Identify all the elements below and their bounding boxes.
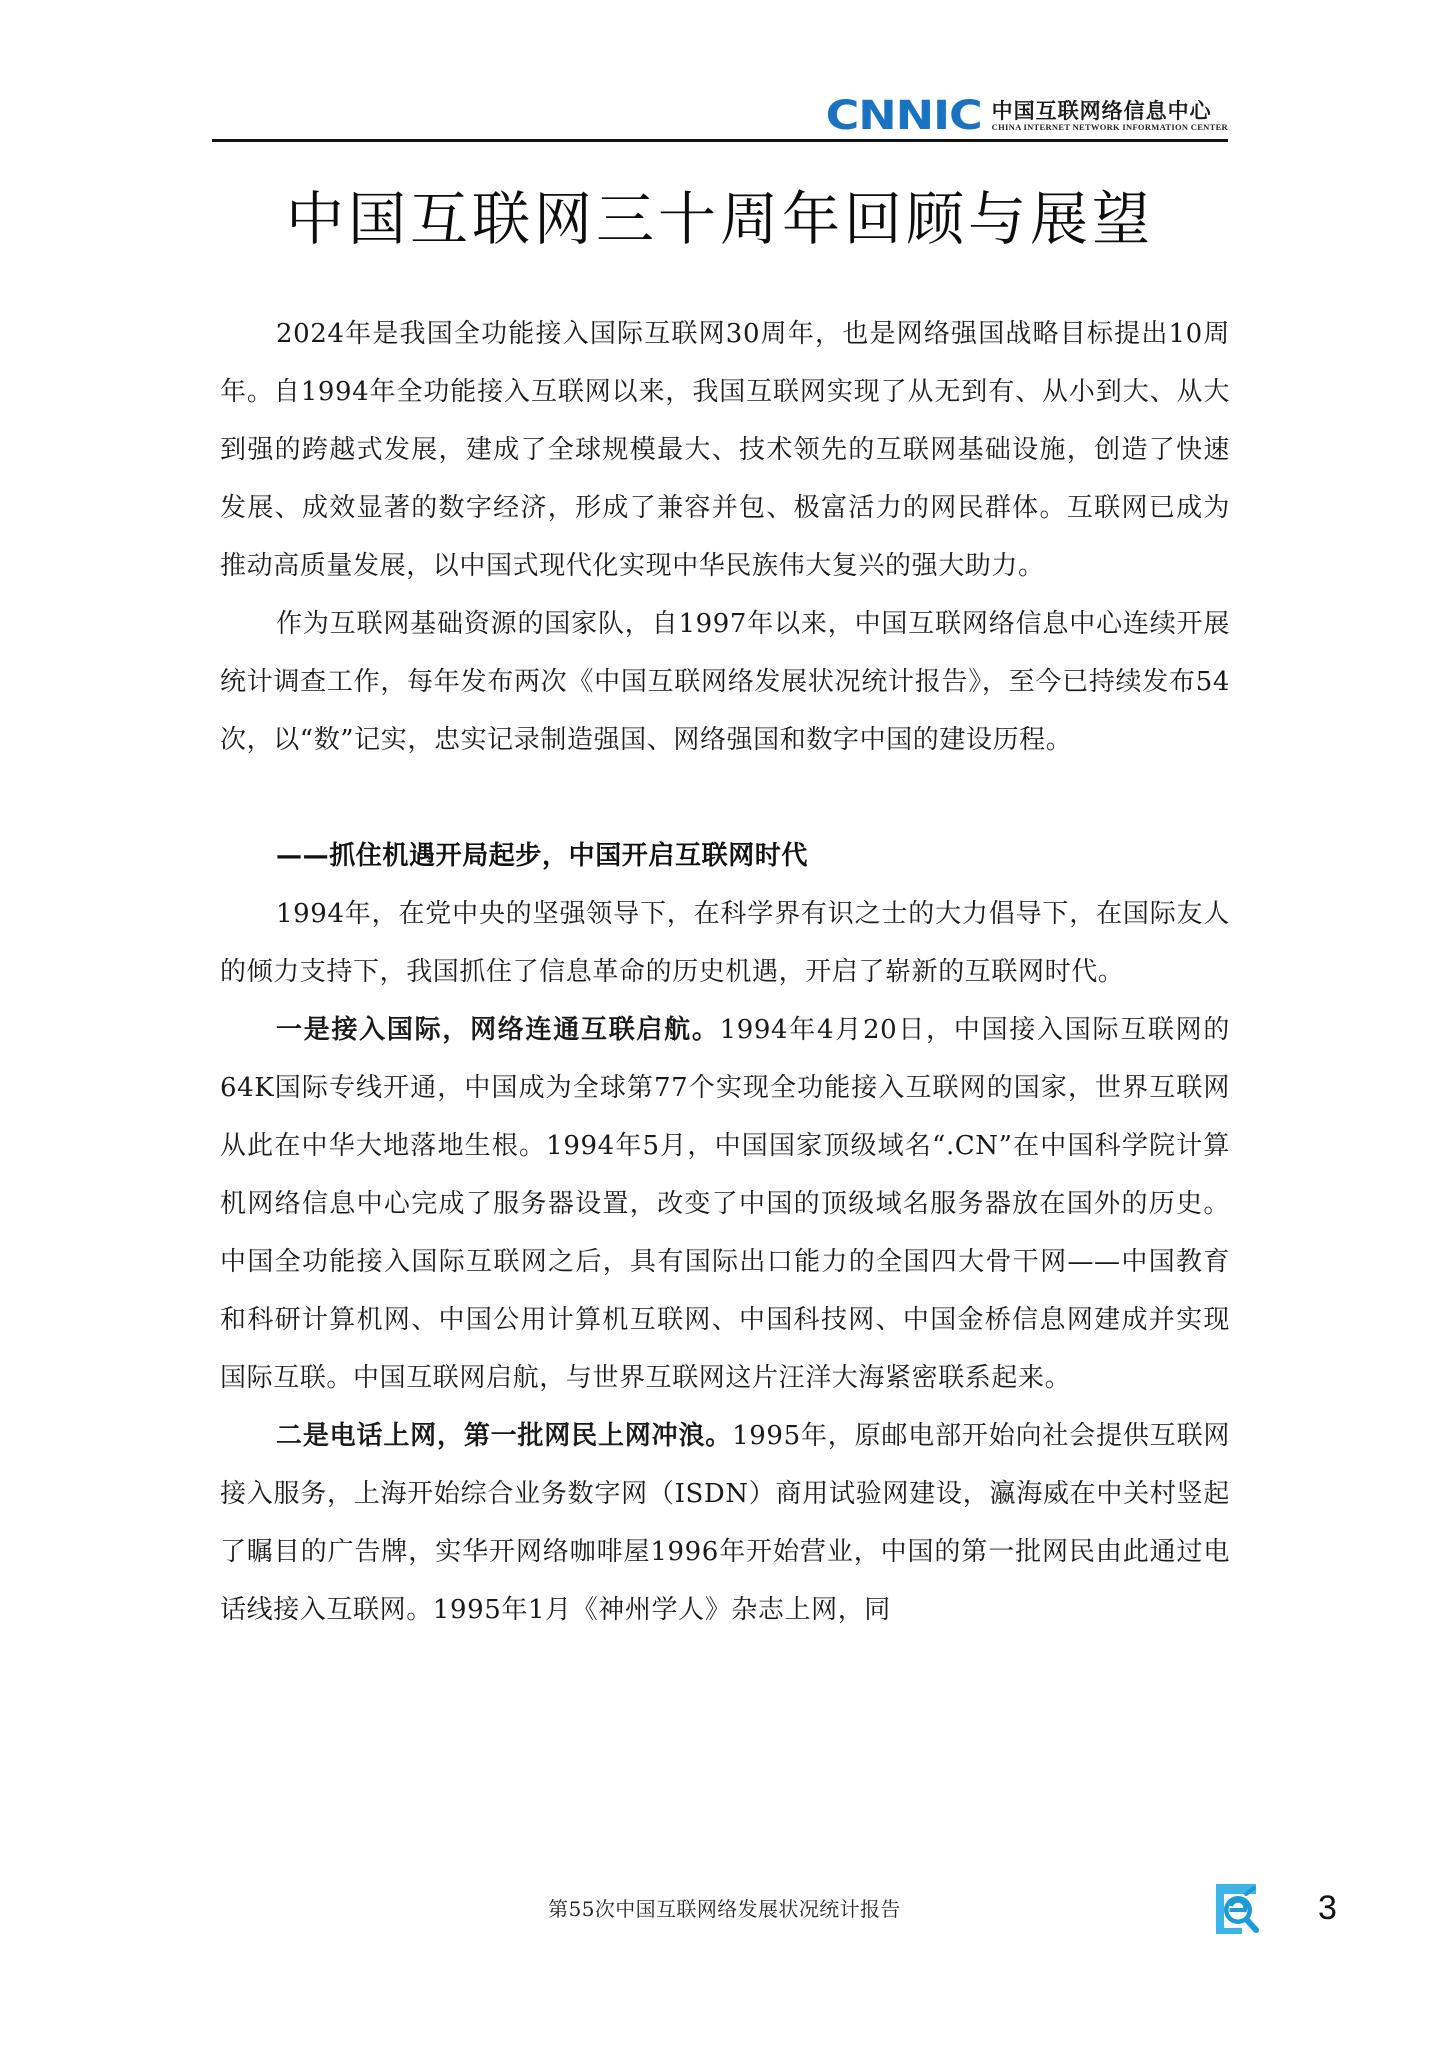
cnnic-name-cn: 中国互联网络信息中心 bbox=[992, 100, 1228, 122]
cnnic-logo-text: 中国互联网络信息中心 CHINA INTERNET NETWORK INFORM… bbox=[992, 100, 1228, 132]
cnnic-search-e-icon bbox=[1212, 1880, 1266, 1938]
section-paragraph-3: 二是电话上网，第一批网民上网冲浪。1995年，原邮电部开始向社会提供互联网接入服… bbox=[220, 1407, 1230, 1639]
section-spacer bbox=[220, 769, 1230, 827]
article-body: 2024年是我国全功能接入国际互联网30周年，也是网络强国战略目标提出10周年。… bbox=[220, 305, 1230, 1639]
header-divider bbox=[212, 139, 1228, 142]
paragraph-text: 1994年4月20日，中国接入国际互联网的64K国际专线开通，中国成为全球第77… bbox=[220, 1015, 1230, 1393]
intro-paragraph-1: 2024年是我国全功能接入国际互联网30周年，也是网络强国战略目标提出10周年。… bbox=[220, 305, 1230, 595]
paragraph-lead: 一是接入国际，网络连通互联启航。 bbox=[276, 1015, 720, 1045]
section-paragraph-1: 1994年，在党中央的坚强领导下，在科学界有识之士的大力倡导下，在国际友人的倾力… bbox=[220, 885, 1230, 1001]
intro-paragraph-2: 作为互联网基础资源的国家队，自1997年以来，中国互联网络信息中心连续开展统计调… bbox=[220, 595, 1230, 769]
cnnic-logo: CNNIC 中国互联网络信息中心 CHINA INTERNET NETWORK … bbox=[846, 98, 1228, 134]
page-header: CNNIC 中国互联网络信息中心 CHINA INTERNET NETWORK … bbox=[212, 96, 1228, 142]
cnnic-name-en: CHINA INTERNET NETWORK INFORMATION CENTE… bbox=[992, 122, 1228, 132]
paragraph-text: 1994年，在党中央的坚强领导下，在科学界有识之士的大力倡导下，在国际友人的倾力… bbox=[220, 899, 1230, 987]
section-heading: ——抓住机遇开局起步，中国开启互联网时代 bbox=[220, 827, 1230, 885]
section-paragraph-2: 一是接入国际，网络连通互联启航。1994年4月20日，中国接入国际互联网的64K… bbox=[220, 1001, 1230, 1407]
paragraph-text: 1995年，原邮电部开始向社会提供互联网接入服务，上海开始综合业务数字网（ISD… bbox=[220, 1421, 1230, 1625]
cnnic-logo-mark: CNNIC bbox=[826, 98, 982, 134]
page-title: 中国互联网三十周年回顾与展望 bbox=[212, 184, 1228, 254]
paragraph-lead: 二是电话上网，第一批网民上网冲浪。 bbox=[276, 1421, 732, 1451]
page-number: 3 bbox=[1318, 1888, 1337, 1928]
